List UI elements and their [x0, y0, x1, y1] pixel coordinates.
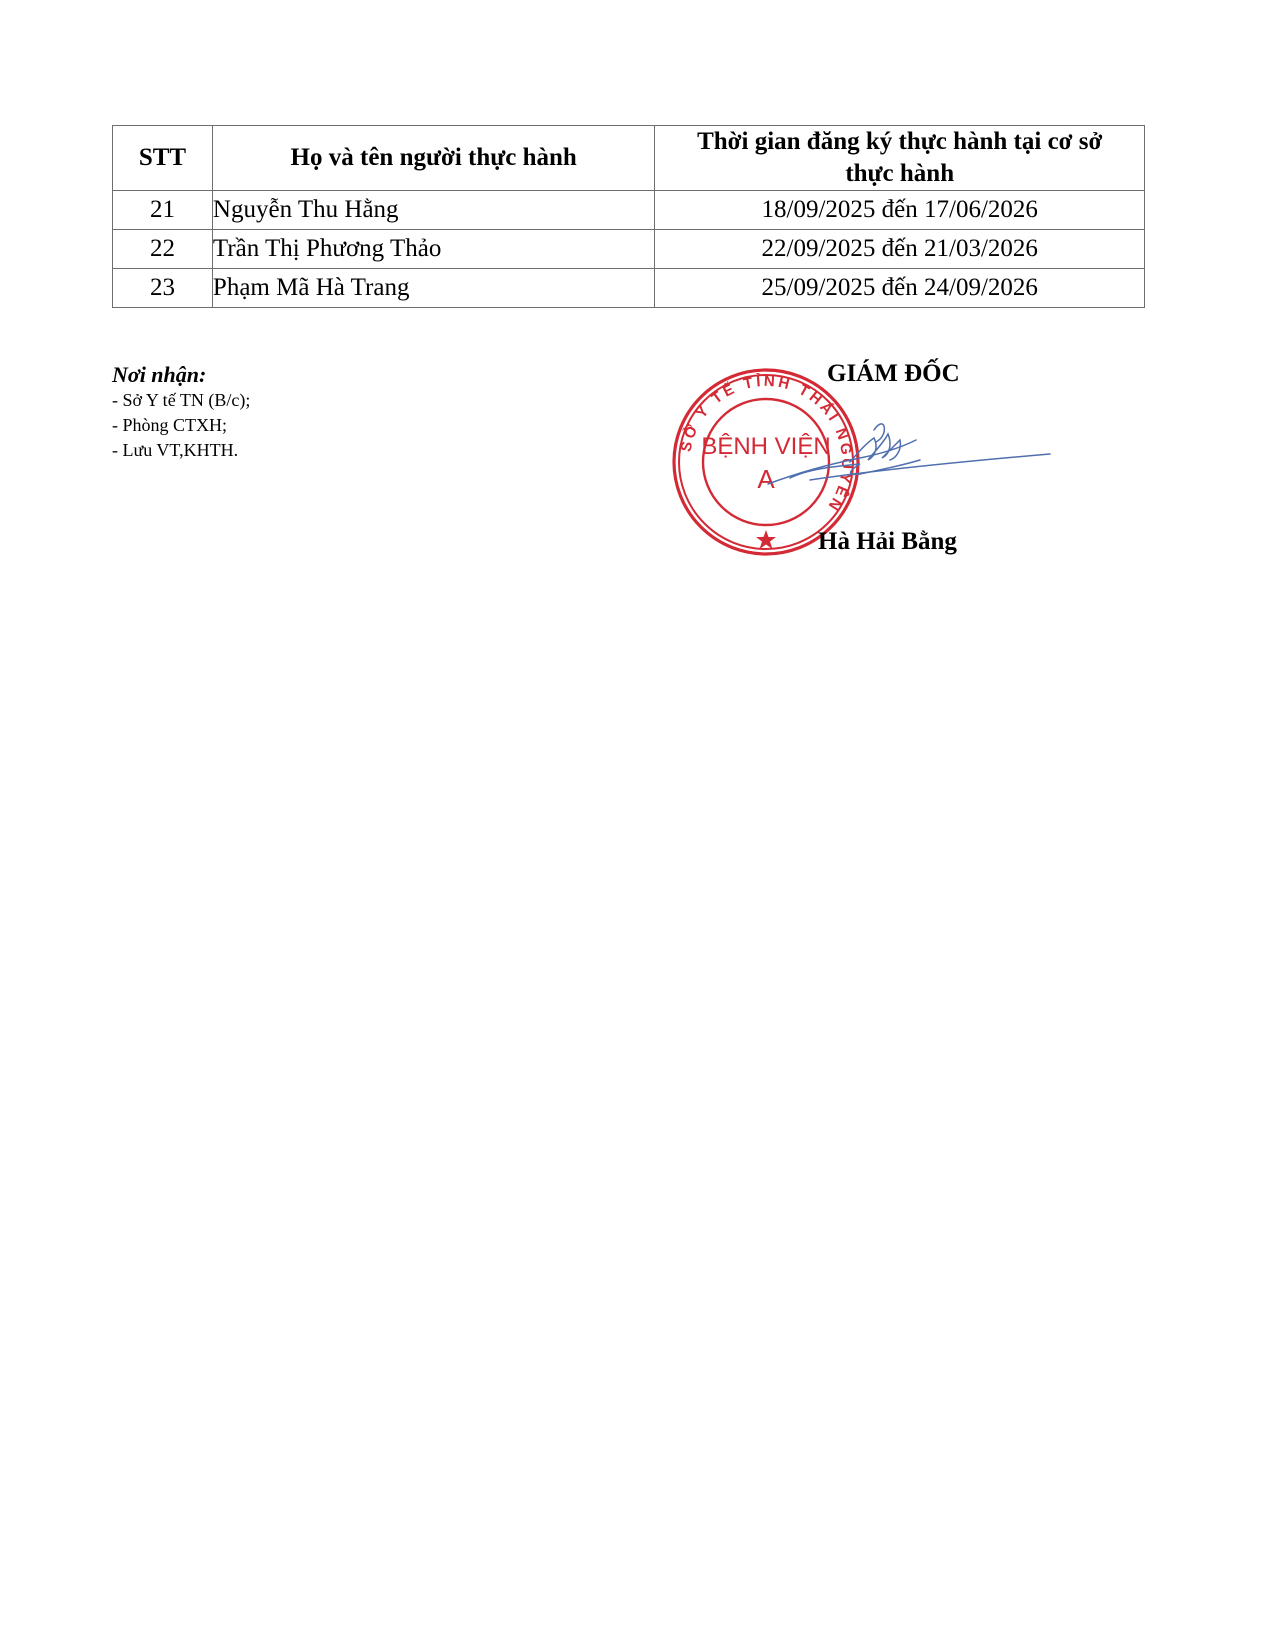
table-header-row: STT Họ và tên người thực hành Thời gian … — [113, 126, 1145, 191]
signer-name: Hà Hải Bằng — [818, 528, 957, 556]
table-row: 21 Nguyễn Thu Hằng 18/09/2025 đến 17/06/… — [113, 191, 1145, 230]
recipient-item: - Sở Y tế TN (B/c); — [112, 388, 250, 413]
header-stt: STT — [113, 126, 213, 191]
practitioner-table: STT Họ và tên người thực hành Thời gian … — [112, 125, 1145, 308]
recipient-item: - Phòng CTXH; — [112, 413, 250, 438]
row-name: Trần Thị Phương Thảo — [212, 230, 655, 269]
row-name: Phạm Mã Hà Trang — [212, 269, 655, 308]
document-page: STT Họ và tên người thực hành Thời gian … — [0, 0, 1275, 1650]
handwritten-signature-icon — [750, 420, 1060, 500]
row-period: 25/09/2025 đến 24/09/2026 — [655, 269, 1145, 308]
header-period-line1: Thời gian đăng ký thực hành tại cơ sở — [697, 128, 1102, 155]
header-period-line2: thực hành — [845, 160, 954, 187]
row-stt: 22 — [113, 230, 213, 269]
row-period: 18/09/2025 đến 17/06/2026 — [655, 191, 1145, 230]
recipients-block: Nơi nhận: - Sở Y tế TN (B/c); - Phòng CT… — [112, 362, 250, 463]
recipient-item: - Lưu VT,KHTH. — [112, 438, 250, 463]
row-name: Nguyễn Thu Hằng — [212, 191, 655, 230]
row-stt: 23 — [113, 269, 213, 308]
recipients-label: Nơi nhận: — [112, 362, 250, 388]
row-stt: 21 — [113, 191, 213, 230]
table-row: 23 Phạm Mã Hà Trang 25/09/2025 đến 24/09… — [113, 269, 1145, 308]
header-period: Thời gian đăng ký thực hành tại cơ sở th… — [655, 126, 1145, 191]
table-row: 22 Trần Thị Phương Thảo 22/09/2025 đến 2… — [113, 230, 1145, 269]
header-name: Họ và tên người thực hành — [212, 126, 655, 191]
signature-title: GIÁM ĐỐC — [827, 360, 960, 388]
row-period: 22/09/2025 đến 21/03/2026 — [655, 230, 1145, 269]
